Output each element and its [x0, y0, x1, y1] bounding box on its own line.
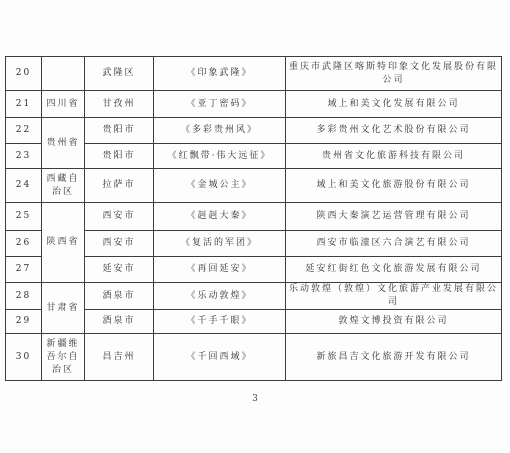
city-cell: 拉萨市 [85, 169, 154, 203]
row-number-cell: 23 [6, 144, 42, 169]
company-cell: 陕西大秦演艺运营管理有限公司 [286, 203, 502, 231]
city-cell: 武隆区 [85, 57, 154, 91]
province-cell: 陕西省 [42, 203, 85, 283]
city-cell: 酒泉市 [85, 283, 154, 310]
show-title-cell: 《再回延安》 [154, 257, 286, 283]
row-number-cell: 21 [6, 91, 42, 118]
province-cell: 新疆维吾尔自治区 [42, 334, 85, 381]
row-number-cell: 25 [6, 203, 42, 231]
province-cell: 西藏自治区 [42, 169, 85, 203]
city-cell: 甘孜州 [85, 91, 154, 118]
table-row: 24 西藏自治区 拉萨市 《金城公主》 域上和美文化旅游股份有限公司 [6, 169, 502, 203]
city-cell: 昌吉州 [85, 334, 154, 381]
row-number-cell: 29 [6, 310, 42, 334]
show-title-cell: 《多彩贵州风》 [154, 118, 286, 144]
show-title-cell: 《金城公主》 [154, 169, 286, 203]
city-cell: 西安市 [85, 231, 154, 257]
company-cell: 多彩贵州文化艺术股份有限公司 [286, 118, 502, 144]
show-title-cell: 《乐动敦煌》 [154, 283, 286, 310]
province-cell [42, 57, 85, 91]
document-page: 20 武隆区 《印象武隆》 重庆市武隆区喀斯特印象文化发展股份有限公司 21 四… [0, 0, 510, 453]
show-title-cell: 《千手千眼》 [154, 310, 286, 334]
company-cell: 延安红街红色文化旅游发展有限公司 [286, 257, 502, 283]
row-number-cell: 24 [6, 169, 42, 203]
row-number-cell: 30 [6, 334, 42, 381]
row-number-cell: 27 [6, 257, 42, 283]
company-cell: 域上和美文化发展有限公司 [286, 91, 502, 118]
company-cell: 敦煌文博投资有限公司 [286, 310, 502, 334]
show-title-cell: 《复活的军团》 [154, 231, 286, 257]
show-title-cell: 《印象武隆》 [154, 57, 286, 91]
row-number-cell: 28 [6, 283, 42, 310]
province-cell: 甘肃省 [42, 283, 85, 334]
province-cell: 贵州省 [42, 118, 85, 169]
table-row: 21 四川省 甘孜州 《亚丁密码》 域上和美文化发展有限公司 [6, 91, 502, 118]
company-cell: 乐动敦煌（敦煌）文化旅游产业发展有限公司 [286, 283, 502, 310]
show-title-cell: 《亚丁密码》 [154, 91, 286, 118]
row-number-cell: 26 [6, 231, 42, 257]
table-row: 28 甘肃省 酒泉市 《乐动敦煌》 乐动敦煌（敦煌）文化旅游产业发展有限公司 [6, 283, 502, 310]
city-cell: 酒泉市 [85, 310, 154, 334]
company-cell: 贵州省文化旅游科技有限公司 [286, 144, 502, 169]
row-number-cell: 22 [6, 118, 42, 144]
company-cell: 域上和美文化旅游股份有限公司 [286, 169, 502, 203]
table-row: 22 贵州省 贵阳市 《多彩贵州风》 多彩贵州文化艺术股份有限公司 [6, 118, 502, 144]
city-cell: 贵阳市 [85, 118, 154, 144]
city-cell: 贵阳市 [85, 144, 154, 169]
show-title-cell: 《赳赳大秦》 [154, 203, 286, 231]
table-row: 20 武隆区 《印象武隆》 重庆市武隆区喀斯特印象文化发展股份有限公司 [6, 57, 502, 91]
show-title-cell: 《千回西域》 [154, 334, 286, 381]
province-cell: 四川省 [42, 91, 85, 118]
city-cell: 西安市 [85, 203, 154, 231]
company-cell: 西安市临潼区六合演艺有限公司 [286, 231, 502, 257]
city-cell: 延安市 [85, 257, 154, 283]
table-row: 30 新疆维吾尔自治区 昌吉州 《千回西域》 新旅昌吉文化旅游开发有限公司 [6, 334, 502, 381]
company-cell: 重庆市武隆区喀斯特印象文化发展股份有限公司 [286, 57, 502, 91]
shows-table: 20 武隆区 《印象武隆》 重庆市武隆区喀斯特印象文化发展股份有限公司 21 四… [5, 56, 502, 381]
company-cell: 新旅昌吉文化旅游开发有限公司 [286, 334, 502, 381]
table-row: 25 陕西省 西安市 《赳赳大秦》 陕西大秦演艺运营管理有限公司 [6, 203, 502, 231]
show-title-cell: 《红飘带·伟大远征》 [154, 144, 286, 169]
row-number-cell: 20 [6, 57, 42, 91]
page-number: 3 [0, 394, 510, 404]
